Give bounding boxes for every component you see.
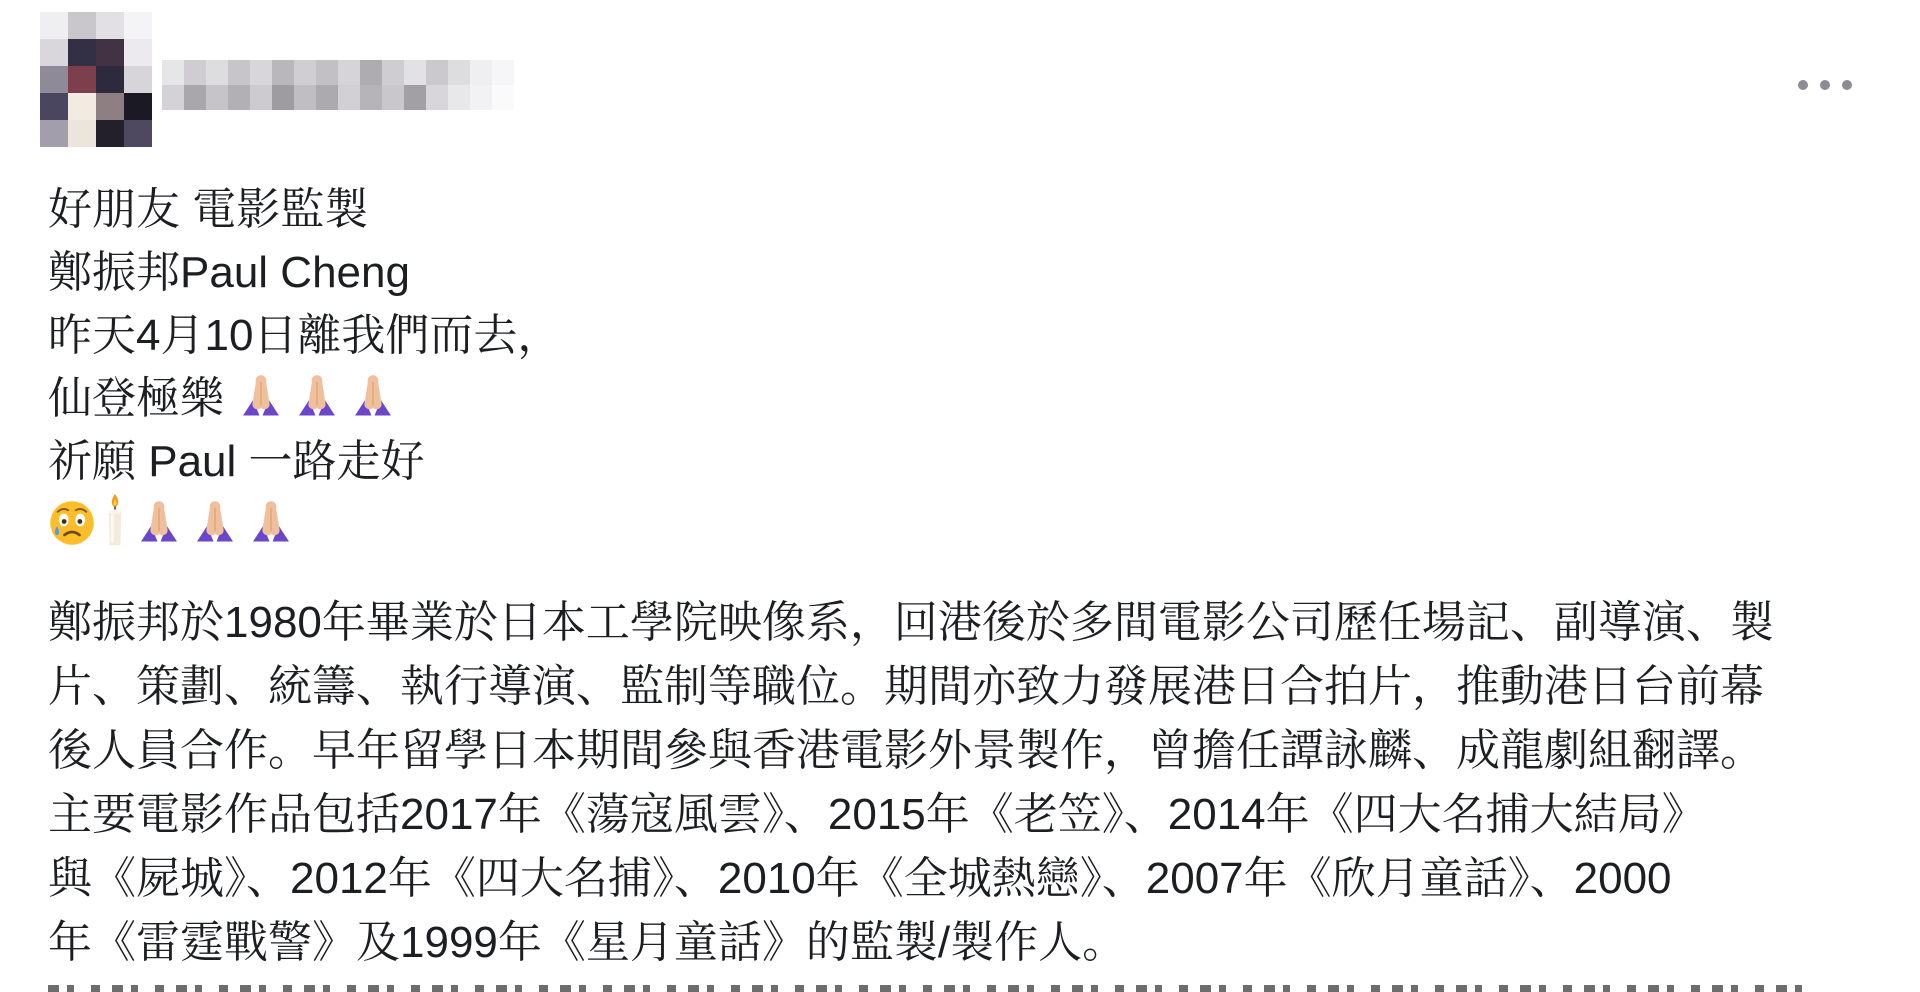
post-text-line: [48, 493, 1910, 556]
mosaic-pixel: [250, 85, 272, 110]
mosaic-pixel: [404, 60, 426, 85]
mosaic-pixel: [124, 93, 152, 120]
mosaic-pixel: [316, 85, 338, 110]
mosaic-pixel: [404, 85, 426, 110]
ellipsis-icon: [1842, 80, 1852, 90]
cut-off-text-line: [48, 985, 1810, 992]
mosaic-pixel: [40, 120, 68, 147]
mosaic-pixel: [206, 60, 228, 85]
post-text-segment: 好朋友 電影監製: [48, 185, 368, 234]
post-text-segment: 片、策劃、統籌、執行導演、監制等職位。期間亦致力發展港日合拍片，推動港日台前幕: [48, 662, 1764, 711]
mosaic-pixel: [68, 12, 96, 39]
post-text-line: 年《雷霆戰警》及1999年《星月童話》的監製/製作人。: [48, 911, 1910, 975]
mosaic-pixel: [206, 85, 228, 110]
post-body: 好朋友 電影監製鄭振邦Paul Cheng昨天4月10日離我們而去，仙登極樂 祈…: [48, 178, 1910, 975]
mosaic-pixel: [124, 39, 152, 66]
sad-but-relieved-face-emoji: [48, 499, 96, 547]
folded-hands-emoji: [348, 371, 398, 421]
mosaic-pixel: [68, 93, 96, 120]
post-text-line: 鄭振邦於1980年畢業於日本工學院映像系，回港後於多間電影公司歷任場記、副導演、…: [48, 591, 1910, 655]
folded-hands-emoji: [134, 497, 184, 547]
post-text-line: 好朋友 電影監製: [48, 178, 1910, 241]
post-text-line: 昨天4月10日離我們而去，: [48, 304, 1910, 367]
mosaic-pixel: [470, 85, 492, 110]
mosaic-pixel: [360, 85, 382, 110]
mosaic-pixel: [68, 120, 96, 147]
post-paragraph: 鄭振邦於1980年畢業於日本工學院映像系，回港後於多間電影公司歷任場記、副導演、…: [48, 591, 1910, 975]
mosaic-pixel: [360, 60, 382, 85]
mosaic-pixel: [382, 60, 404, 85]
post-text-segment: 祈願 Paul 一路走好: [48, 437, 425, 486]
post-text-line: 與《屍城》、2012年《四大名捕》、2010年《全城熱戀》、2007年《欣月童話…: [48, 847, 1910, 911]
mosaic-pixel: [338, 60, 360, 85]
post-text-line: 鄭振邦Paul Cheng: [48, 241, 1910, 304]
ellipsis-icon: [1820, 80, 1830, 90]
mosaic-pixel: [492, 85, 514, 110]
mosaic-pixel: [96, 12, 124, 39]
mosaic-pixel: [294, 60, 316, 85]
folded-hands-emoji: [190, 497, 240, 547]
mosaic-pixel: [448, 60, 470, 85]
mosaic-pixel: [124, 66, 152, 93]
post-text-segment: 年《雷霆戰警》及1999年《星月童話》的監製/製作人。: [48, 918, 1126, 967]
folded-hands-emoji: [292, 371, 342, 421]
mosaic-pixel: [68, 66, 96, 93]
post-card: 好朋友 電影監製鄭振邦Paul Cheng昨天4月10日離我們而去，仙登極樂 祈…: [0, 0, 1920, 992]
mosaic-pixel: [40, 93, 68, 120]
post-text-segment: 鄭振邦於1980年畢業於日本工學院映像系，回港後於多間電影公司歷任場記、副導演、…: [48, 598, 1774, 647]
post-text-segment: 主要電影作品包括2017年《蕩寇風雲》、2015年《老笠》、2014年《四大名捕…: [48, 790, 1706, 839]
mosaic-pixel: [228, 85, 250, 110]
candle-emoji: [102, 493, 128, 547]
mosaic-pixel: [184, 85, 206, 110]
mosaic-pixel: [40, 39, 68, 66]
more-options-button[interactable]: [1792, 74, 1858, 96]
mosaic-pixel: [294, 85, 316, 110]
post-text-segment: 後人員合作。早年留學日本期間參與香港電影外景製作，曾擔任譚詠麟、成龍劇組翻譯。: [48, 726, 1764, 775]
mosaic-pixel: [338, 85, 360, 110]
mosaic-pixel: [68, 39, 96, 66]
post-text-segment: 仙登極樂: [48, 374, 236, 423]
mosaic-pixel: [40, 66, 68, 93]
mosaic-pixel: [40, 12, 68, 39]
mosaic-pixel: [316, 60, 338, 85]
post-text-line: 祈願 Paul 一路走好: [48, 430, 1910, 493]
mosaic-pixel: [162, 60, 184, 85]
mosaic-pixel: [426, 85, 448, 110]
mosaic-pixel: [96, 39, 124, 66]
mosaic-pixel: [96, 93, 124, 120]
mosaic-pixel: [228, 60, 250, 85]
mosaic-pixel: [162, 85, 184, 110]
avatar[interactable]: [40, 12, 152, 147]
folded-hands-emoji: [236, 371, 286, 421]
post-text-segment: 與《屍城》、2012年《四大名捕》、2010年《全城熱戀》、2007年《欣月童話…: [48, 854, 1672, 903]
post-text-line: 片、策劃、統籌、執行導演、監制等職位。期間亦致力發展港日合拍片，推動港日台前幕: [48, 655, 1910, 719]
mosaic-pixel: [448, 85, 470, 110]
mosaic-pixel: [96, 66, 124, 93]
mosaic-pixel: [426, 60, 448, 85]
post-text-line: 仙登極樂: [48, 367, 1910, 430]
post-text-segment: 昨天4月10日離我們而去，: [48, 311, 561, 360]
mosaic-pixel: [470, 60, 492, 85]
mosaic-pixel: [184, 60, 206, 85]
post-text-segment: 鄭振邦Paul Cheng: [48, 248, 410, 297]
post-header-lines: 好朋友 電影監製鄭振邦Paul Cheng昨天4月10日離我們而去，仙登極樂 祈…: [48, 178, 1910, 556]
author-name-blurred[interactable]: [162, 60, 514, 110]
post-text-line: 後人員合作。早年留學日本期間參與香港電影外景製作，曾擔任譚詠麟、成龍劇組翻譯。: [48, 719, 1910, 783]
mosaic-pixel: [96, 120, 124, 147]
mosaic-pixel: [272, 85, 294, 110]
mosaic-pixel: [124, 120, 152, 147]
mosaic-pixel: [124, 12, 152, 39]
mosaic-pixel: [250, 60, 272, 85]
mosaic-pixel: [382, 85, 404, 110]
ellipsis-icon: [1798, 80, 1808, 90]
mosaic-pixel: [492, 60, 514, 85]
mosaic-pixel: [272, 60, 294, 85]
folded-hands-emoji: [246, 497, 296, 547]
post-text-line: 主要電影作品包括2017年《蕩寇風雲》、2015年《老笠》、2014年《四大名捕…: [48, 783, 1910, 847]
